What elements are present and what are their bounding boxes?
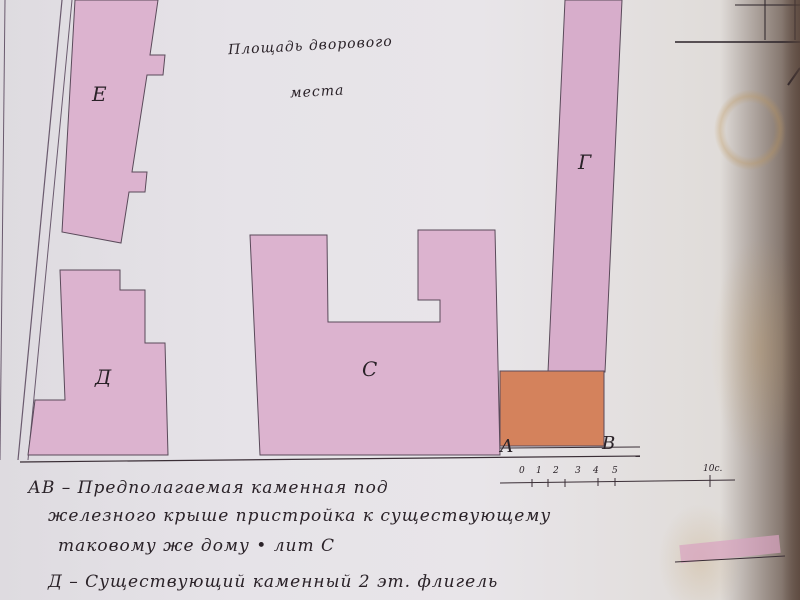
building-c	[250, 230, 500, 455]
scale-end-label: 10с.	[703, 464, 722, 474]
scale-bar-line	[500, 480, 735, 483]
boundary-line	[0, 0, 5, 460]
legend-note-line2: железного крыше пристройка к существующе…	[48, 506, 551, 526]
building-d	[28, 270, 168, 455]
street-line	[20, 456, 640, 462]
building-d-label: Д	[95, 365, 111, 389]
boundary-line	[18, 0, 62, 460]
legend-note-line1: АВ – Предполагаемая каменная под	[28, 478, 389, 498]
scale-tick-label: 2	[553, 466, 559, 476]
building-c-label: С	[362, 357, 377, 381]
plan-title-line2: места	[290, 83, 345, 102]
scale-tick-label: 3	[575, 466, 581, 476]
legend-note-line3: таковому же дому • лит С	[58, 536, 335, 556]
scale-tick-label: 1	[536, 466, 542, 476]
scale-tick-label: 0	[519, 466, 525, 476]
scale-tick-label: 4	[593, 466, 599, 476]
page-edge-shadow	[782, 0, 800, 600]
scale-tick-label: 5	[612, 466, 618, 476]
legend-note-line4: Д – Существующий каменный 2 эт. флигель	[48, 572, 498, 592]
building-e	[62, 0, 165, 243]
point-a-label: А	[500, 436, 514, 457]
building-e-label: Е	[92, 82, 107, 106]
proposed-extension-ab	[500, 371, 604, 446]
building-g-label: Г	[578, 150, 591, 174]
building-g	[548, 0, 622, 372]
point-b-label: В	[602, 433, 615, 454]
facade-line	[500, 447, 640, 448]
